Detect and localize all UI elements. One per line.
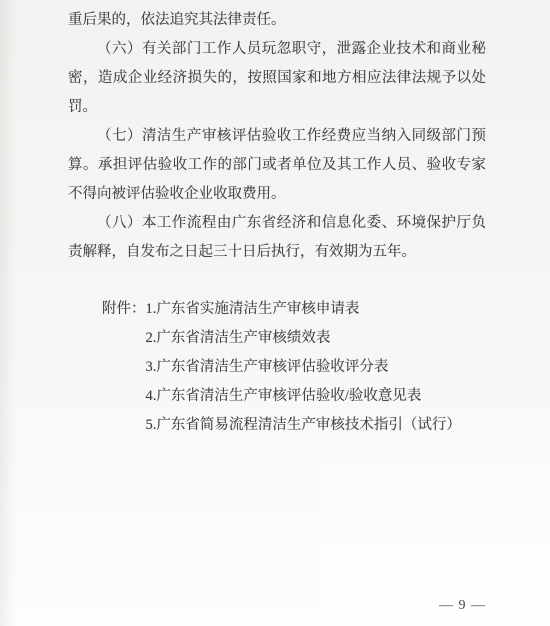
body-line: 重后果的，依法追究其法律责任。: [68, 6, 486, 35]
attachment-item: 3.广东省清洁生产审核评估验收评分表: [146, 353, 461, 382]
body-line: （六）有关部门工作人员玩忽职守，泄露企业技术和商业秘: [68, 35, 486, 64]
attachment-label: 附件：: [102, 295, 146, 440]
attachment-items: 1.广东省实施清洁生产审核申请表 2.广东省清洁生产审核绩效表 3.广东省清洁生…: [146, 295, 461, 440]
body-line: 不得向被评估验收企业收取费用。: [68, 180, 486, 209]
attachment-item: 4.广东省清洁生产审核评估验收/验收意见表: [146, 382, 461, 411]
attachment-item: 5.广东省简易流程清洁生产审核技术指引（试行）: [146, 411, 461, 440]
document-body: 重后果的，依法追究其法律责任。 （六）有关部门工作人员玩忽职守，泄露企业技术和商…: [68, 6, 486, 440]
body-line: 密，造成企业经济损失的，按照国家和地方相应法律法规予以处: [68, 64, 486, 93]
attachment-item: 2.广东省清洁生产审核绩效表: [146, 324, 461, 353]
body-line: 算。承担评估验收工作的部门或者单位及其工作人员、验收专家: [68, 151, 486, 180]
body-line: 罚。: [68, 93, 486, 122]
body-line: （七）清洁生产审核评估验收工作经费应当纳入同级部门预: [68, 122, 486, 151]
attachment-list: 附件： 1.广东省实施清洁生产审核申请表 2.广东省清洁生产审核绩效表 3.广东…: [102, 295, 486, 440]
body-line: （八）本工作流程由广东省经济和信息化委、环境保护厅负: [68, 209, 486, 238]
body-line: 责解释，自发布之日起三十日后执行，有效期为五年。: [68, 238, 486, 267]
page-number: — 9 —: [439, 598, 486, 614]
scanned-document-page: 重后果的，依法追究其法律责任。 （六）有关部门工作人员玩忽职守，泄露企业技术和商…: [0, 0, 550, 626]
scan-edge-shadow: [0, 0, 16, 626]
attachment-item: 1.广东省实施清洁生产审核申请表: [146, 295, 461, 324]
